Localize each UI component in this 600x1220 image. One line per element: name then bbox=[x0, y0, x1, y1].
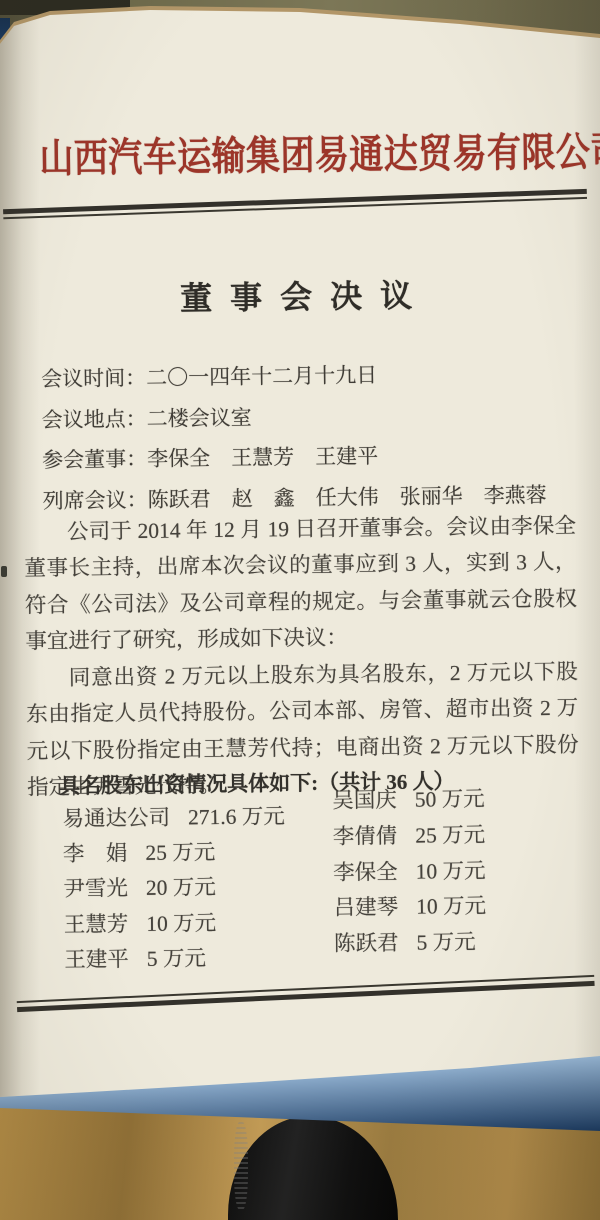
shareholder-row: 李保全10 万元 bbox=[333, 853, 486, 891]
dark-object-under-desk bbox=[228, 1116, 398, 1220]
shareholder-row: 吴国庆50 万元 bbox=[332, 782, 485, 820]
shareholder-amount: 25 万元 bbox=[145, 840, 215, 865]
document-photo: 山西汽车运输集团易通达贸易有限公司 董事会决议 会议时间：二〇一四年十二月十九日… bbox=[0, 0, 600, 1220]
shareholder-row: 李 娟25 万元 bbox=[63, 834, 286, 872]
dark-object-texture bbox=[234, 1122, 248, 1210]
document-title: 董事会决议 bbox=[0, 268, 596, 321]
shareholder-row: 王建平5 万元 bbox=[64, 940, 287, 978]
shareholder-row: 陈跃君5 万元 bbox=[334, 925, 487, 963]
shareholder-name: 吴国庆 bbox=[332, 788, 397, 813]
shareholder-amount: 10 万元 bbox=[416, 858, 486, 883]
shareholder-row: 尹雪光20 万元 bbox=[63, 870, 286, 908]
attending-directors-label: 参会董事： bbox=[42, 447, 147, 472]
shareholder-row: 王慧芳10 万元 bbox=[64, 905, 287, 943]
footer-rule bbox=[17, 975, 595, 1012]
meeting-time-row: 会议时间：二〇一四年十二月十九日 bbox=[41, 353, 545, 400]
shareholder-row: 易通达公司271.6 万元 bbox=[62, 799, 285, 837]
shareholder-name: 王建平 bbox=[64, 947, 129, 972]
shareholder-amount: 271.6 万元 bbox=[188, 804, 285, 829]
shareholder-name: 陈跃君 bbox=[334, 931, 399, 956]
observers-value: 陈跃君 赵 鑫 任大伟 张丽华 李燕蓉 bbox=[147, 482, 546, 511]
shareholder-name: 易通达公司 bbox=[62, 806, 170, 831]
shareholder-amount: 20 万元 bbox=[146, 875, 216, 900]
shareholder-amount: 5 万元 bbox=[416, 930, 475, 955]
shareholder-name: 王慧芳 bbox=[64, 912, 129, 937]
shareholder-column-right: 吴国庆50 万元 李倩倩25 万元 李保全10 万元 吕建琴10 万元 陈跃君5… bbox=[332, 782, 487, 963]
shareholder-name: 李保全 bbox=[333, 859, 398, 884]
shareholder-amount: 50 万元 bbox=[415, 787, 485, 812]
attending-directors-value: 李保全 王慧芳 王建平 bbox=[147, 444, 378, 471]
meeting-place-value: 二楼会议室 bbox=[147, 405, 252, 430]
body-paragraph-1: 公司于 2014 年 12 月 19 日召开董事会。会议由李保全董事长主持，出席… bbox=[24, 508, 578, 660]
document-page: 山西汽车运输集团易通达贸易有限公司 董事会决议 会议时间：二〇一四年十二月十九日… bbox=[0, 0, 600, 1220]
shareholder-row: 吕建琴10 万元 bbox=[333, 889, 486, 927]
header-rule bbox=[3, 189, 587, 219]
shareholder-column-left: 易通达公司271.6 万元 李 娟25 万元 尹雪光20 万元 王慧芳10 万元… bbox=[62, 799, 286, 978]
shareholder-name: 吕建琴 bbox=[333, 895, 398, 920]
shareholder-name: 李倩倩 bbox=[333, 824, 398, 849]
meeting-time-label: 会议时间： bbox=[41, 366, 146, 391]
shareholder-amount: 10 万元 bbox=[416, 894, 486, 919]
shareholder-row: 李倩倩25 万元 bbox=[333, 818, 486, 856]
observers-label: 列席会议： bbox=[42, 487, 147, 512]
meeting-meta: 会议时间：二〇一四年十二月十九日 会议地点：二楼会议室 参会董事：李保全 王慧芳… bbox=[41, 353, 547, 521]
meeting-place-label: 会议地点： bbox=[42, 406, 147, 431]
company-letterhead: 山西汽车运输集团易通达贸易有限公司 bbox=[39, 121, 550, 184]
shareholder-amount: 5 万元 bbox=[147, 946, 206, 971]
shareholder-name: 李 娟 bbox=[63, 841, 128, 866]
shareholder-amount: 25 万元 bbox=[415, 823, 485, 848]
meeting-place-row: 会议地点：二楼会议室 bbox=[41, 393, 545, 440]
shareholder-amount: 10 万元 bbox=[146, 911, 216, 936]
shareholder-name: 尹雪光 bbox=[63, 877, 128, 902]
meeting-time-value: 二〇一四年十二月十九日 bbox=[146, 363, 377, 390]
attending-directors-row: 参会董事：李保全 王慧芳 王建平 bbox=[42, 434, 546, 481]
document-content: 山西汽车运输集团易通达贸易有限公司 董事会决议 会议时间：二〇一四年十二月十九日… bbox=[0, 0, 600, 1220]
